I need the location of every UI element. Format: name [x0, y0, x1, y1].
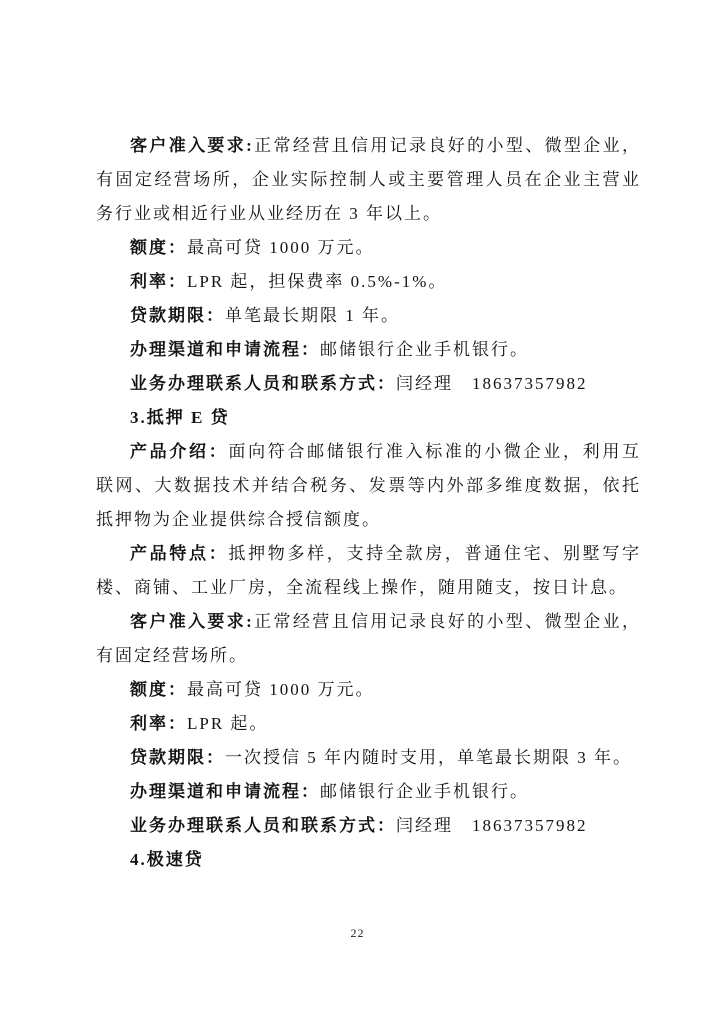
- para-label: 客户准入要求:: [130, 612, 254, 631]
- para-label: 业务办理联系人员和联系方式：: [130, 374, 396, 393]
- para-rate-2: 利率：LPR 起。: [96, 707, 641, 741]
- para-label: 产品介绍：: [130, 442, 228, 461]
- para-label: 额度：: [130, 238, 187, 257]
- para-label: 贷款期限：: [130, 748, 225, 767]
- para-text: 最高可贷 1000 万元。: [187, 680, 375, 699]
- para-text: 邮储银行企业手机银行。: [320, 340, 529, 359]
- document-body: 客户准入要求:正常经营且信用记录良好的小型、微型企业，有固定经营场所，企业实际控…: [96, 129, 641, 877]
- page-number: 22: [0, 926, 715, 941]
- document-page: 客户准入要求:正常经营且信用记录良好的小型、微型企业，有固定经营场所，企业实际控…: [0, 0, 715, 1011]
- para-text: LPR 起。: [187, 714, 268, 733]
- para-channel-1: 办理渠道和申请流程：邮储银行企业手机银行。: [96, 333, 641, 367]
- para-label: 产品特点：: [130, 544, 228, 563]
- para-text: 单笔最长期限 1 年。: [225, 306, 400, 325]
- para-amount-2: 额度：最高可贷 1000 万元。: [96, 673, 641, 707]
- para-label: 办理渠道和申请流程：: [130, 340, 320, 359]
- para-text: 闫经理 18637357982: [396, 816, 588, 835]
- para-label: 利率：: [130, 714, 187, 733]
- para-loan-term-2: 贷款期限：一次授信 5 年内随时支用，单笔最长期限 3 年。: [96, 741, 641, 775]
- para-label: 贷款期限：: [130, 306, 225, 325]
- para-customer-requirements-2: 客户准入要求:正常经营且信用记录良好的小型、微型企业，有固定经营场所。: [96, 605, 641, 673]
- para-text: 邮储银行企业手机银行。: [320, 782, 529, 801]
- para-channel-2: 办理渠道和申请流程：邮储银行企业手机银行。: [96, 775, 641, 809]
- para-label: 利率：: [130, 272, 187, 291]
- para-label: 业务办理联系人员和联系方式：: [130, 816, 396, 835]
- para-amount-1: 额度：最高可贷 1000 万元。: [96, 231, 641, 265]
- para-customer-requirements-1: 客户准入要求:正常经营且信用记录良好的小型、微型企业，有固定经营场所，企业实际控…: [96, 129, 641, 231]
- heading-label: 3.抵押 E 贷: [130, 408, 230, 427]
- para-text: 一次授信 5 年内随时支用，单笔最长期限 3 年。: [225, 748, 632, 767]
- para-contact-1: 业务办理联系人员和联系方式：闫经理 18637357982: [96, 367, 641, 401]
- para-product-intro: 产品介绍：面向符合邮储银行准入标准的小微企业，利用互联网、大数据技术并结合税务、…: [96, 435, 641, 537]
- para-text: 闫经理 18637357982: [396, 374, 588, 393]
- para-loan-term-1: 贷款期限：单笔最长期限 1 年。: [96, 299, 641, 333]
- para-label: 额度：: [130, 680, 187, 699]
- heading-product-4: 4.极速贷: [96, 843, 641, 877]
- para-text: 最高可贷 1000 万元。: [187, 238, 375, 257]
- para-rate-1: 利率：LPR 起，担保费率 0.5%-1%。: [96, 265, 641, 299]
- heading-label: 4.极速贷: [130, 850, 204, 869]
- heading-product-3: 3.抵押 E 贷: [96, 401, 641, 435]
- para-product-features: 产品特点：抵押物多样，支持全款房，普通住宅、别墅写字楼、商铺、工业厂房，全流程线…: [96, 537, 641, 605]
- para-contact-2: 业务办理联系人员和联系方式：闫经理 18637357982: [96, 809, 641, 843]
- para-label: 办理渠道和申请流程：: [130, 782, 320, 801]
- para-label: 客户准入要求:: [130, 136, 254, 155]
- para-text: LPR 起，担保费率 0.5%-1%。: [187, 272, 447, 291]
